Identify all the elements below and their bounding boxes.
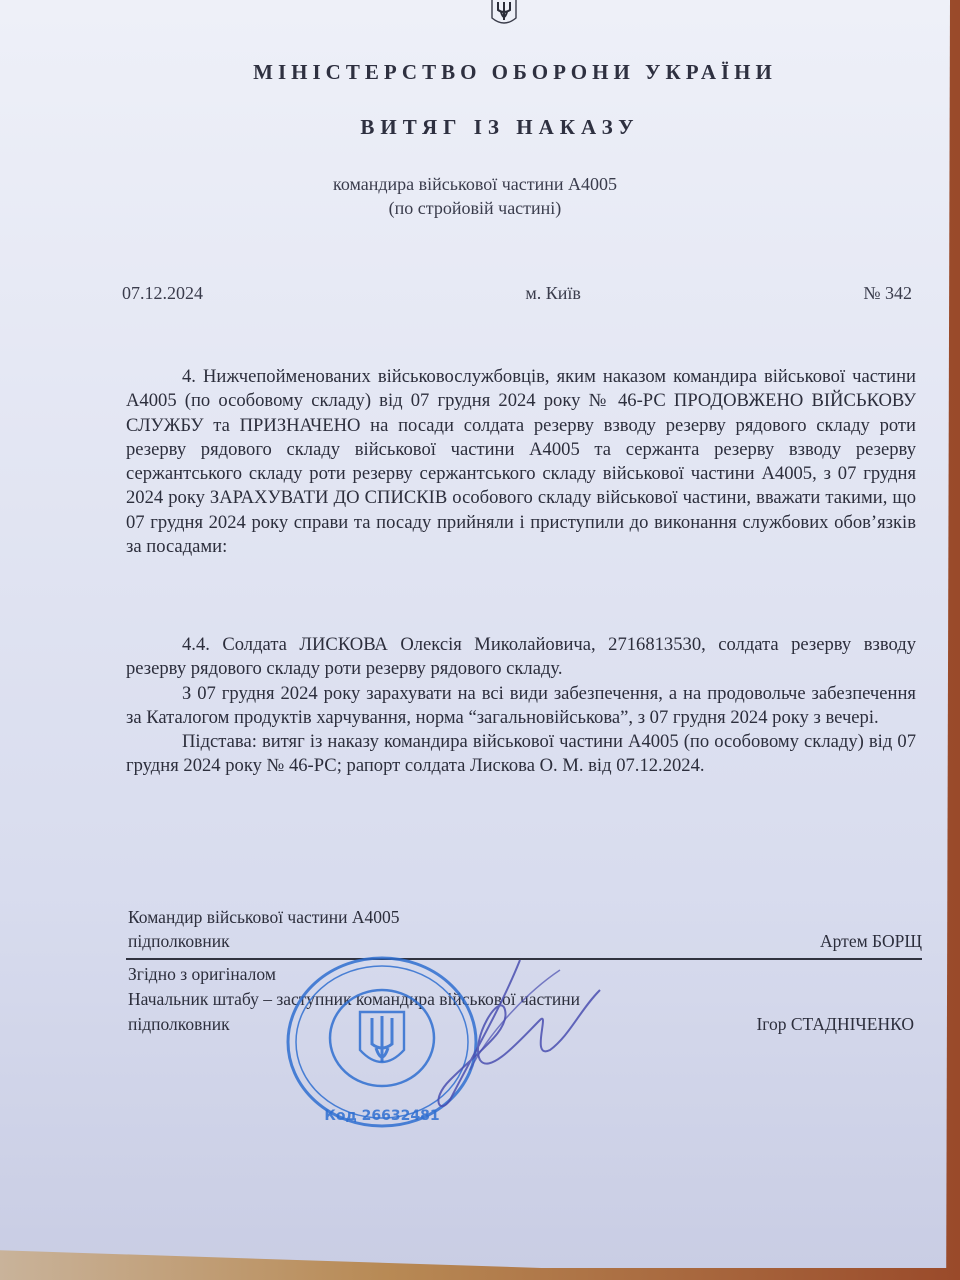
document-page: МІНІСТЕРСТВО ОБОРОНИ УКРАЇНИ ВИТЯГ ІЗ НА… (0, 0, 950, 1268)
chief-of-staff-position: Начальник штабу – заступник командира ві… (128, 987, 918, 1012)
order-date: 07.12.2024 (122, 283, 203, 304)
commander-name: Артем БОРЩ (820, 929, 922, 953)
document-title: ВИТЯГ ІЗ НАКАЗУ (0, 115, 960, 140)
subtitle-line-1: командира військової частини А4005 (0, 172, 950, 196)
paragraph-4-4-text: 4.4. Солдата ЛИСКОВА Олексія Миколайович… (126, 633, 916, 682)
commander-position: Командир військової частини А4005 (128, 905, 922, 929)
ministry-heading: МІНІСТЕРСТВО ОБОРОНИ УКРАЇНИ (0, 60, 960, 85)
commander-signature-block: Командир військової частини А4005 підпол… (128, 905, 922, 953)
signature-divider (126, 958, 922, 960)
chief-of-staff-rank: підполковник (128, 1012, 230, 1037)
paragraph-basis-text: Підстава: витяг із наказу командира війс… (126, 730, 916, 779)
paragraph-supply-text: З 07 грудня 2024 року зарахувати на всі … (126, 682, 916, 731)
order-city: м. Київ (525, 283, 581, 304)
document-subtitle: командира військової частини А4005 (по с… (0, 172, 950, 220)
stamp-code: Код 26632481 (324, 1108, 439, 1124)
certification-note: Згідно з оригіналом (128, 962, 918, 987)
commander-rank: підполковник (128, 929, 230, 953)
paragraph-4-4: 4.4. Солдата ЛИСКОВА Олексія Миколайович… (126, 633, 916, 779)
order-number: № 342 (863, 283, 912, 304)
chief-of-staff-name: Ігор СТАДНІЧЕНКО (756, 1012, 914, 1037)
certification-block: Згідно з оригіналом Начальник штабу – за… (128, 962, 918, 1037)
order-meta-row: 07.12.2024 м. Київ № 342 (122, 283, 912, 304)
subtitle-line-2: (по стройовій частині) (0, 196, 950, 220)
paragraph-4-text: 4. Нижчепойменованих військовослужбовців… (126, 365, 916, 559)
ukraine-trident-icon (490, 0, 518, 26)
paragraph-4: 4. Нижчепойменованих військовослужбовців… (126, 365, 916, 559)
